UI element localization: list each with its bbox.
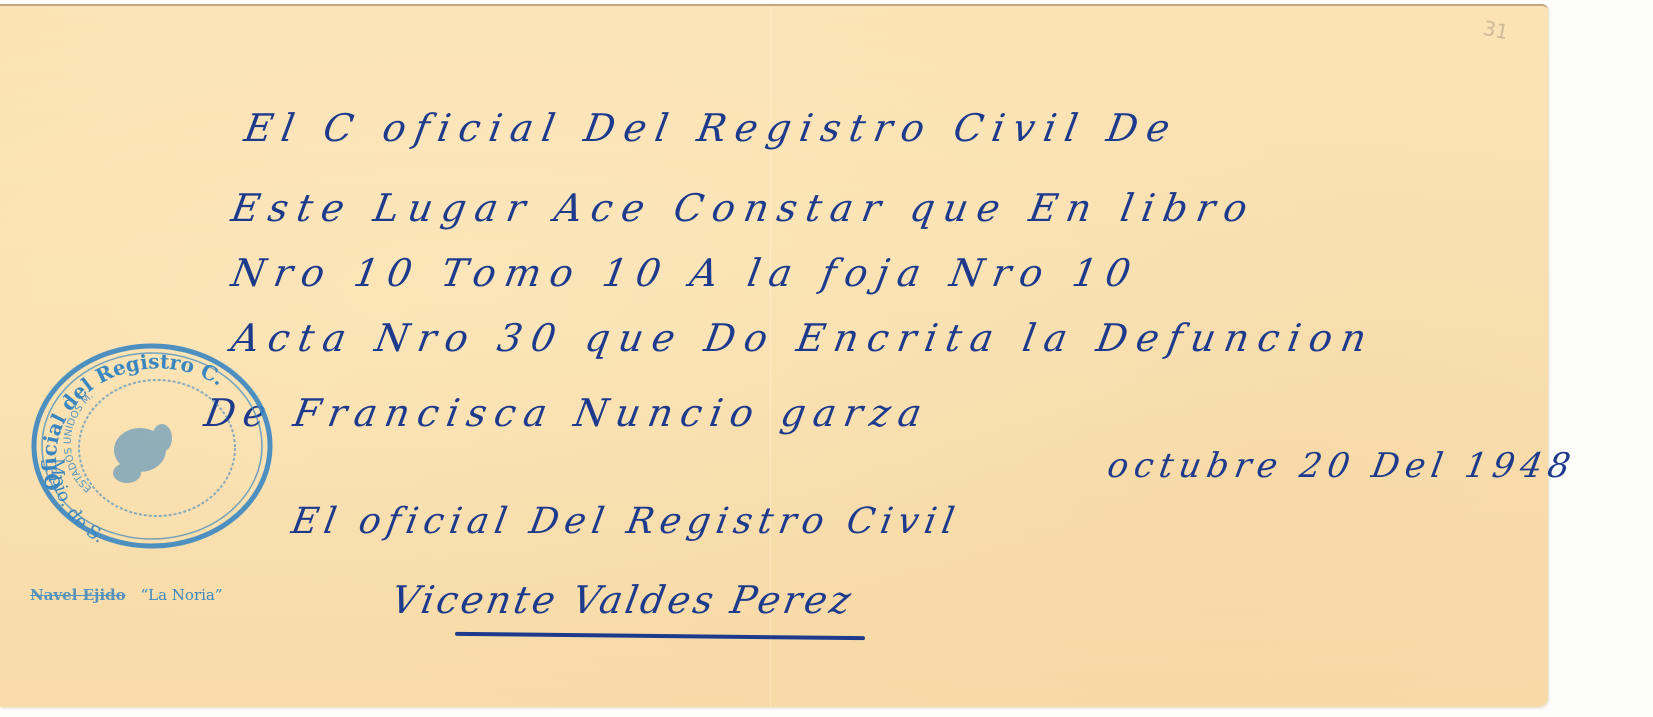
official-seal-stamp: Oficial del Registro C. Mpio. de S. ESTA… [22,338,286,554]
stamp-caption-la-noria: “La Noria” [140,586,222,604]
stamp-caption: Navel Ejido “La Noria” [30,586,223,604]
stamp-caption-ejido: Navel Ejido [30,586,126,604]
text-line-2: Este Lugar Ace Constar que En libro [228,186,1259,230]
scanned-document: 31 El C oficial Del Registro Civil De Es… [0,0,1653,717]
seal-icon: Oficial del Registro C. Mpio. de S. ESTA… [22,338,286,554]
signature: Vicente Valdes Perez [388,578,857,622]
text-line-3: Nro 10 Tomo 10 A la foja Nro 10 [228,251,1143,295]
paper-sheet: 31 El C oficial Del Registro Civil De Es… [0,4,1548,707]
page-number: 31 [1480,16,1510,45]
document-date: octubre 20 Del 1948 [1104,446,1579,486]
closing-title: El oficial Del Registro Civil [288,501,963,542]
text-line-1: El C oficial Del Registro Civil De [241,106,1182,150]
text-line-4: Acta Nro 30 que Do Encrita la Defuncion [228,316,1379,360]
text-line-5: De Francisca Nuncio garza [201,391,933,435]
signature-underline [455,632,865,640]
